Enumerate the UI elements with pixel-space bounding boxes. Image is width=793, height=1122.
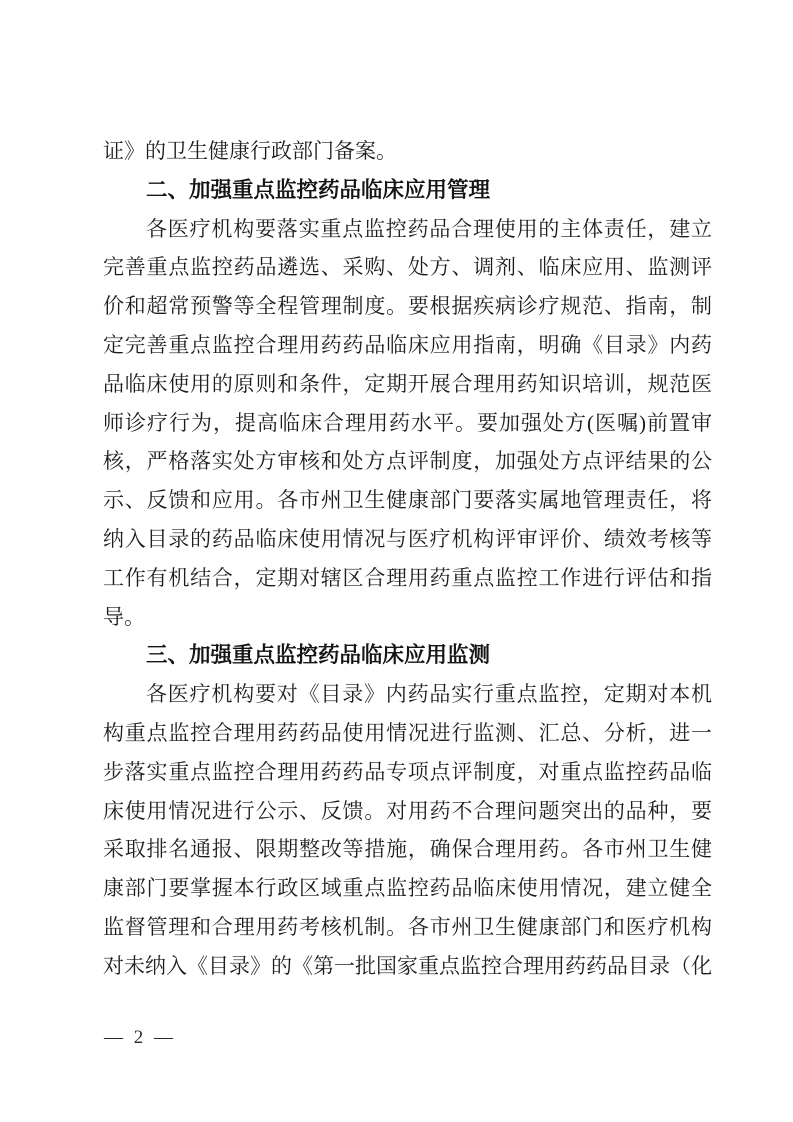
body-text-line: 示、反馈和应用。各市州卫生健康部门要落实属地管理责任，将 — [103, 481, 712, 520]
body-text-line: 步落实重点监控合理用药药品专项点评制度，对重点监控药品临 — [103, 753, 712, 792]
document-page: 证》的卫生健康行政部门备案。二、加强重点监控药品临床应用管理各医疗机构要落实重点… — [0, 0, 793, 1122]
body-text-line: 各医疗机构要落实重点监控药品合理使用的主体责任，建立 — [103, 210, 712, 249]
page-number: — 2 — — [104, 1027, 176, 1049]
body-text-line: 核，严格落实处方审核和处方点评制度，加强处方点评结果的公 — [103, 442, 712, 481]
section-heading: 二、加强重点监控药品临床应用管理 — [103, 171, 712, 210]
body-text-line: 康部门要掌握本行政区域重点监控药品临床使用情况，建立健全 — [103, 869, 712, 908]
body-text-line: 价和超常预警等全程管理制度。要根据疾病诊疗规范、指南，制 — [103, 287, 712, 326]
body-text-line: 品临床使用的原则和条件，定期开展合理用药知识培训，规范医 — [103, 365, 712, 404]
body-text-line: 导。 — [103, 598, 712, 637]
body-text-line: 定完善重点监控合理用药药品临床应用指南，明确《目录》内药 — [103, 326, 712, 365]
body-text-line: 各医疗机构要对《目录》内药品实行重点监控，定期对本机 — [103, 675, 712, 714]
body-text-line: 监督管理和合理用药考核机制。各市州卫生健康部门和医疗机构 — [103, 908, 712, 947]
body-text-line: 工作有机结合，定期对辖区合理用药重点监控工作进行评估和指 — [103, 559, 712, 598]
document-body: 证》的卫生健康行政部门备案。二、加强重点监控药品临床应用管理各医疗机构要落实重点… — [103, 132, 712, 986]
body-text-line: 构重点监控合理用药药品使用情况进行监测、汇总、分析，进一 — [103, 714, 712, 753]
section-heading: 三、加强重点监控药品临床应用监测 — [103, 636, 712, 675]
body-text-line: 床使用情况进行公示、反馈。对用药不合理问题突出的品种，要 — [103, 792, 712, 831]
body-text-line: 证》的卫生健康行政部门备案。 — [103, 132, 712, 171]
body-text-line: 师诊疗行为，提高临床合理用药水平。要加强处方(医嘱)前置审 — [103, 404, 712, 443]
body-text-line: 采取排名通报、限期整改等措施，确保合理用药。各市州卫生健 — [103, 830, 712, 869]
body-text-line: 完善重点监控药品遴选、采购、处方、调剂、临床应用、监测评 — [103, 248, 712, 287]
body-text-line: 对未纳入《目录》的《第一批国家重点监控合理用药药品目录（化 — [103, 947, 712, 986]
body-text-line: 纳入目录的药品临床使用情况与医疗机构评审评价、绩效考核等 — [103, 520, 712, 559]
